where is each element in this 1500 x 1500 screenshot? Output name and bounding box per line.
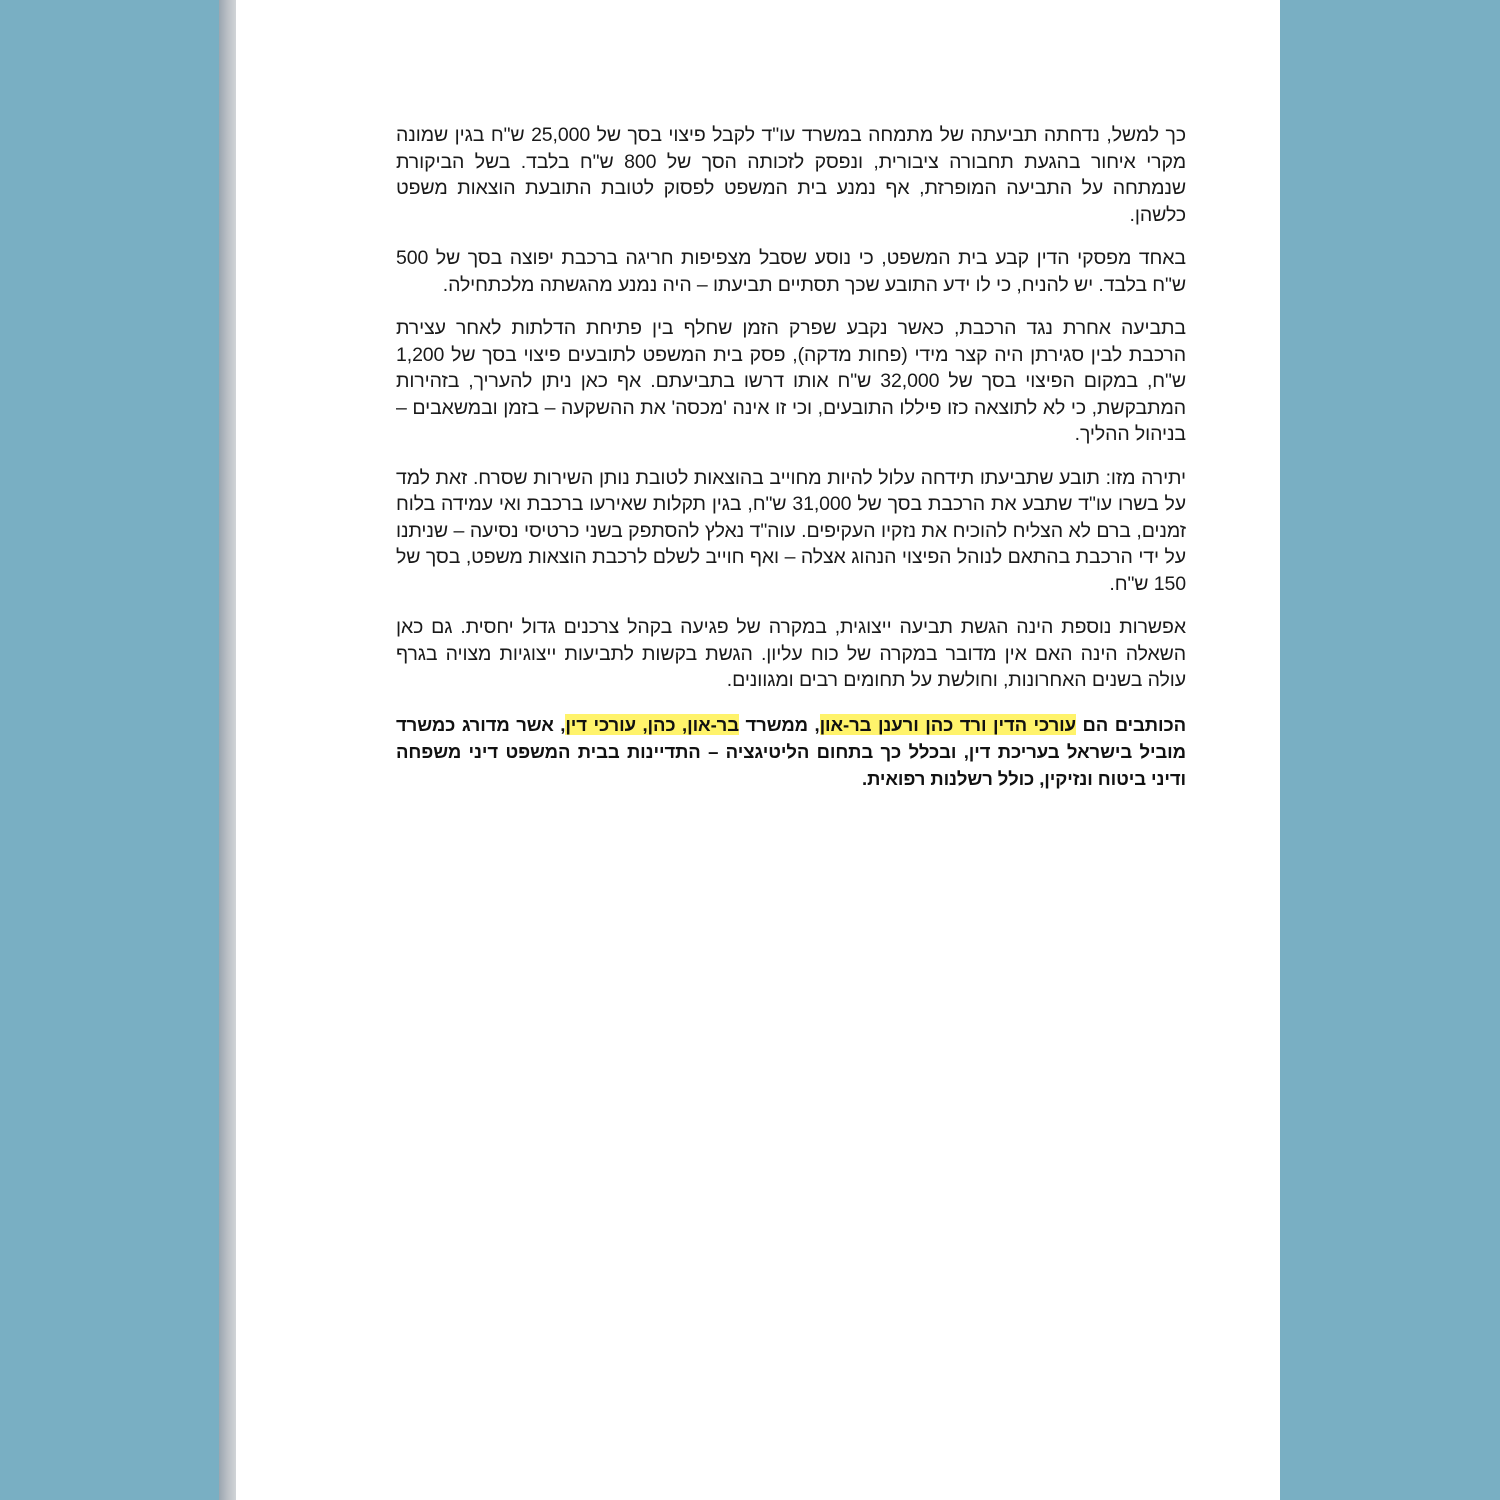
page-shadow [219, 0, 237, 1500]
document-page: כך למשל, נדחתה תביעתה של מתמחה במשרד עו"… [236, 0, 1280, 1500]
paragraph-crowded-train: באחד מפסקי הדין קבע בית המשפט, כי נוסע ש… [396, 245, 1186, 298]
paragraph-train-doors: בתביעה אחרת נגד הרכבת, כאשר נקבע שפרק הז… [396, 315, 1186, 448]
author-note-prefix: הכותבים הם [1076, 714, 1186, 735]
authors-highlight: עורכי הדין ורד כהן ורענן בר-און [820, 714, 1076, 735]
paragraph-lawyer-claim: יתירה מזו: תובע שתביעתו תידחה עלול להיות… [396, 465, 1186, 598]
author-note-middle: , ממשרד [739, 714, 820, 735]
author-note: הכותבים הם עורכי הדין ורד כהן ורענן בר-א… [396, 711, 1186, 792]
paragraph-intern-claim: כך למשל, נדחתה תביעתה של מתמחה במשרד עו"… [396, 122, 1186, 228]
firm-highlight: בר-און, כהן, עורכי דין [565, 714, 739, 735]
document-body: כך למשל, נדחתה תביעתה של מתמחה במשרד עו"… [396, 122, 1186, 809]
paragraph-class-action: אפשרות נוספת הינה הגשת תביעה ייצוגית, במ… [396, 614, 1186, 694]
